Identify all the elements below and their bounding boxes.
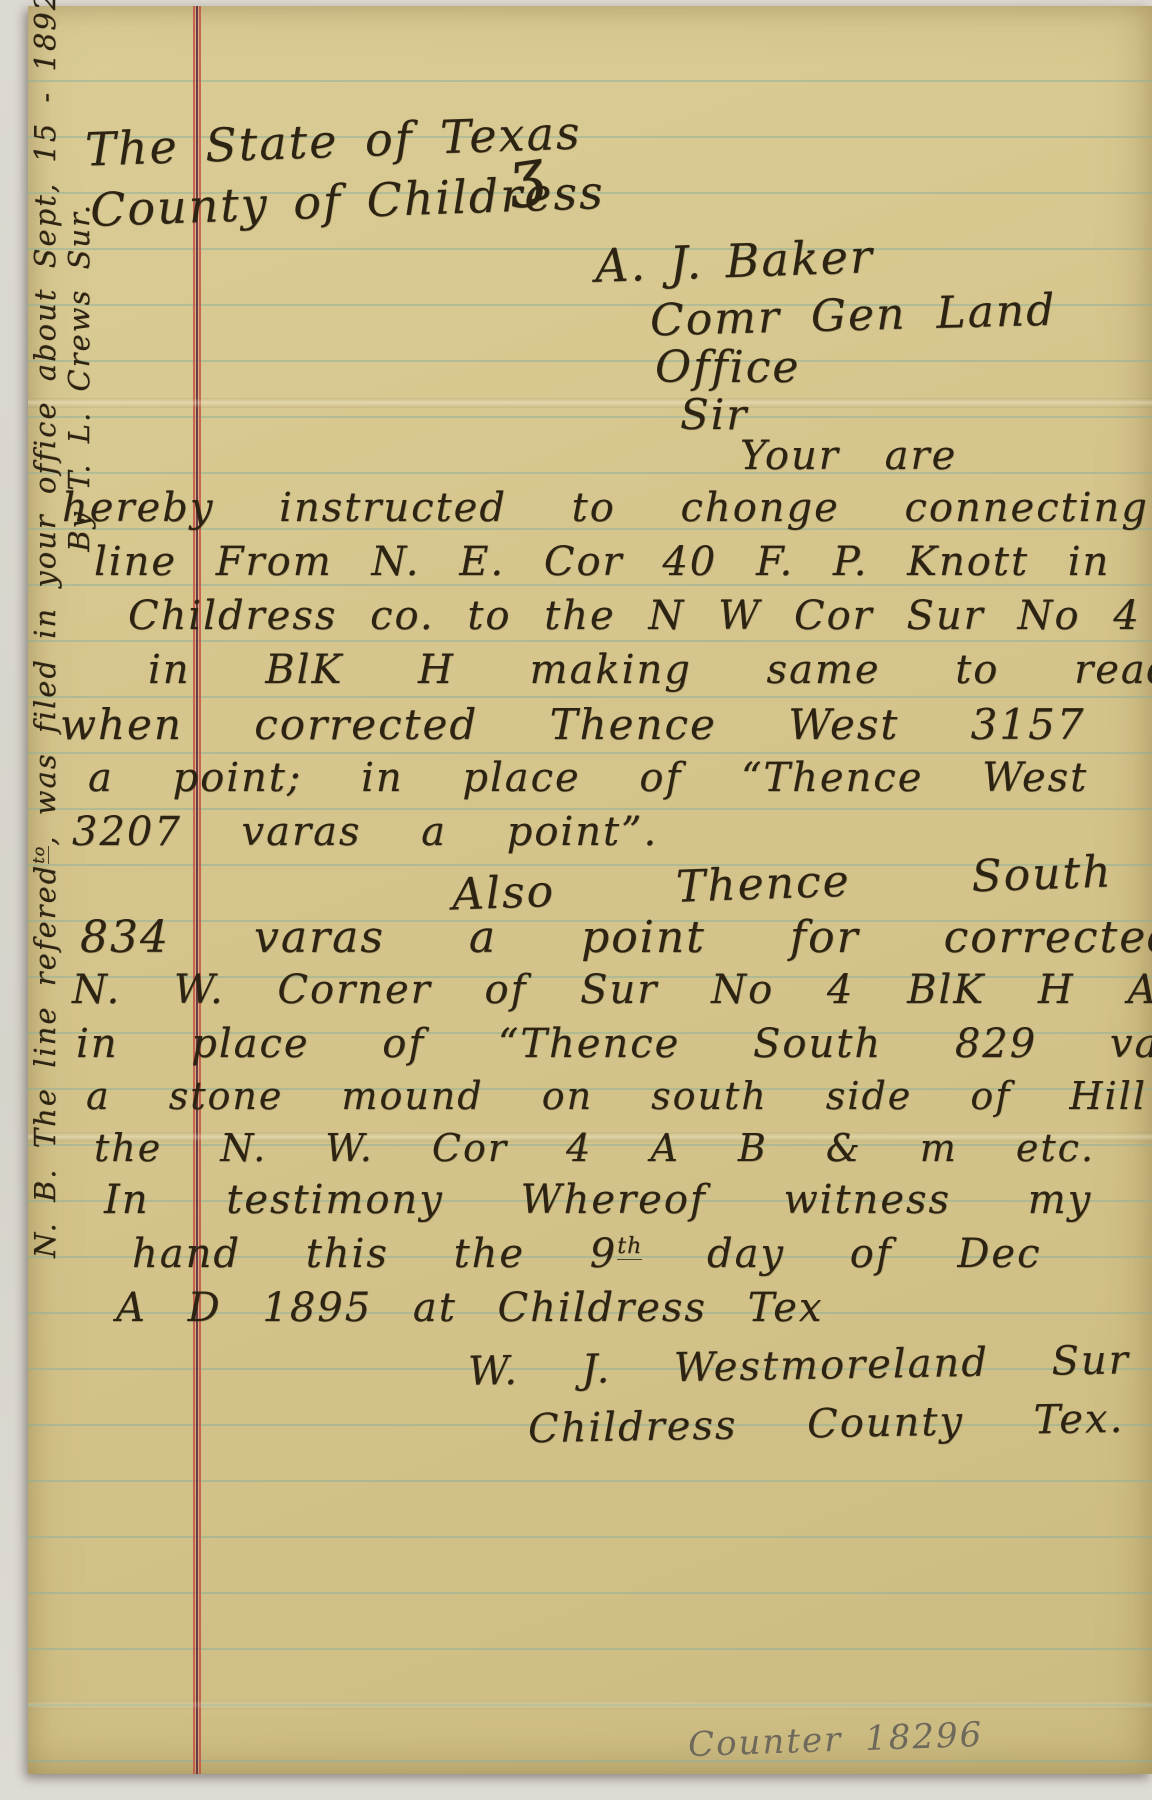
body-line-14: the N. W. Cor 4 A B & m etc. bbox=[94, 1126, 1095, 1172]
body-line-3: line From N. E. Cor 40 F. P. Knott in bbox=[94, 538, 1110, 586]
body-line-4-text: Childress co. to the N W Cor Sur No 4 A … bbox=[128, 593, 1152, 639]
body-line-17: A D 1895 at Childress Tex bbox=[116, 1284, 823, 1332]
body-line-7: a point; in place of “Thence West bbox=[88, 754, 1088, 802]
body-line-8: 3207 varas a point”. bbox=[72, 808, 658, 856]
body-line-12: in place of “Thence South 829 varas bbox=[76, 1020, 1152, 1068]
body-line-16-text-continued: day of Dec bbox=[642, 1231, 1041, 1277]
margin-note-text-continued: , was filed in your office about Sept, 1… bbox=[28, 0, 62, 846]
margin-note-line-1: N. B. The line referedto, was filed in y… bbox=[28, 93, 62, 1258]
letter-paper: N. B. The line referedto, was filed in y… bbox=[28, 6, 1152, 1774]
address-office-line-2: Office bbox=[655, 342, 800, 395]
body-line-11-text: N. W. Corner of Sur No 4 BlK H A B bbox=[72, 967, 1152, 1013]
body-line-6: when corrected Thence West 3157 varas bbox=[60, 700, 1152, 750]
body-line-4: Childress co. to the N W Cor Sur No 4 A … bbox=[128, 592, 1152, 640]
body-line-16-text: hand this the 9 bbox=[132, 1231, 617, 1277]
margin-note-text: N. B. The line refered bbox=[28, 864, 62, 1258]
address-office-line-1: Comr Gen Land bbox=[649, 285, 1057, 348]
body-line-5: in BlK H making same to read bbox=[148, 646, 1152, 694]
body-line-13: a stone mound on south side of Hill bbox=[86, 1074, 1147, 1120]
scan-background: N. B. The line referedto, was filed in y… bbox=[0, 0, 1152, 1800]
margin-note-superscript-to: to bbox=[29, 846, 49, 864]
body-line-16: hand this the 9th day of Dec bbox=[132, 1230, 1041, 1278]
body-line-1: Your are bbox=[740, 432, 957, 480]
body-line-15: In testimony Whereof witness my bbox=[104, 1176, 1092, 1224]
body-line-16-superscript: th bbox=[617, 1234, 642, 1260]
salutation: Sir bbox=[680, 390, 748, 440]
address-name: A. J. Baker bbox=[594, 229, 875, 294]
body-line-2: hereby instructed to chonge connecting bbox=[62, 484, 1149, 532]
body-line-10: 834 varas a point for corrected bbox=[80, 912, 1152, 965]
body-line-11: N. W. Corner of Sur No 4 BlK H A B&M bbox=[72, 966, 1152, 1014]
red-margin-line bbox=[193, 6, 202, 1774]
